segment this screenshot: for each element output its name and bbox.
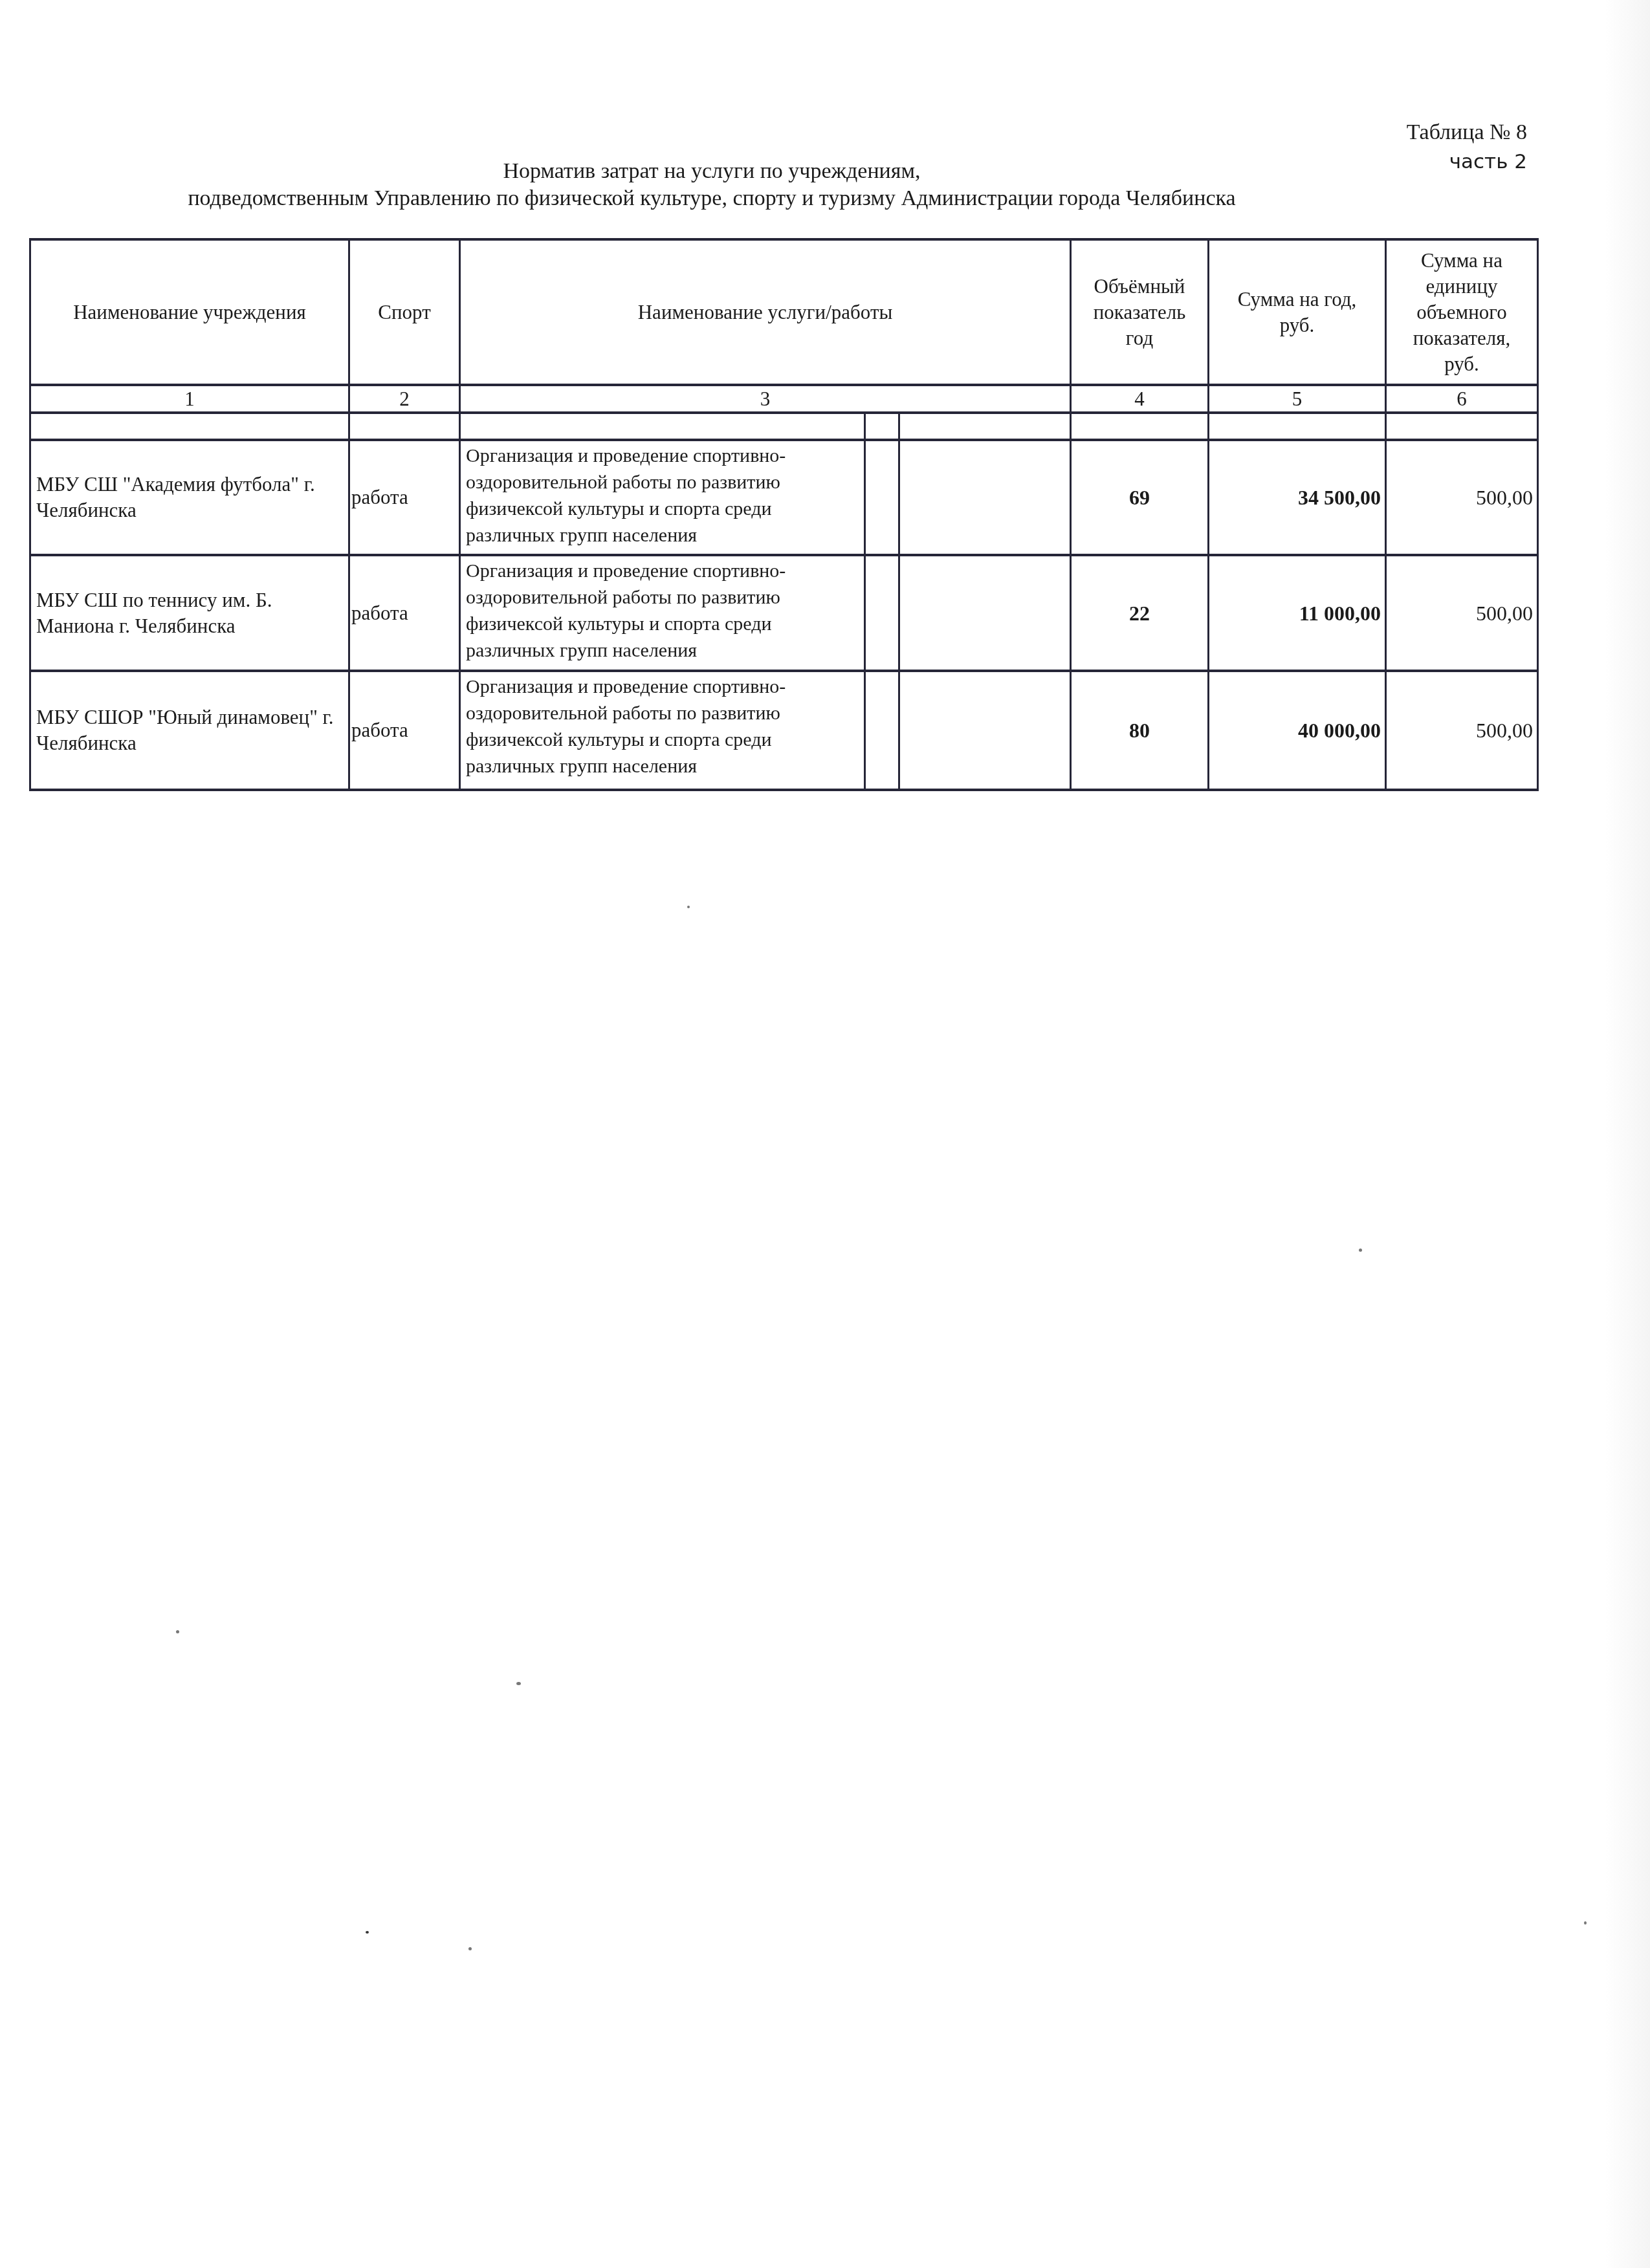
number-row-divider <box>29 411 1539 414</box>
service-cell: Организация и проведение спортивно-оздор… <box>461 441 864 554</box>
scan-speck <box>1584 1921 1587 1925</box>
service-cell: Организация и проведение спортивно-оздор… <box>461 556 864 670</box>
service-cell: Организация и проведение спортивно-оздор… <box>461 672 864 789</box>
column-header-volume: Объёмный показатель год <box>1072 241 1207 384</box>
column-header-sum-unit: Сумма на единицу объемного показателя, р… <box>1387 241 1537 384</box>
sum-year-cell: 40 000,00 <box>1209 672 1385 789</box>
column-header-institution: Наименование учреждения <box>31 241 348 384</box>
column-number: 2 <box>350 386 459 411</box>
scan-speck <box>1359 1248 1362 1252</box>
column-header-sum-year: Сумма на год, руб. <box>1209 241 1385 384</box>
sport-cell: работа <box>350 441 459 554</box>
table-border-bottom <box>29 789 1539 791</box>
institution-cell: МБУ СШ "Академия футбола" г. Челябинска <box>31 441 348 554</box>
column-number: 6 <box>1387 386 1537 411</box>
institution-cell: МБУ СШОР "Юный динамовец" г. Челябинска <box>31 672 348 789</box>
volume-cell: 80 <box>1072 672 1207 789</box>
subcolumn-divider <box>898 413 900 791</box>
sum-unit-cell: 500,00 <box>1387 672 1537 789</box>
table-border-right <box>1537 238 1539 791</box>
column-number: 3 <box>461 386 1070 411</box>
column-number: 4 <box>1072 386 1207 411</box>
sum-year-cell: 34 500,00 <box>1209 441 1385 554</box>
sum-year-cell: 11 000,00 <box>1209 556 1385 670</box>
sport-cell: работа <box>350 556 459 670</box>
column-header-service: Наименование услуги/работы <box>461 241 1070 384</box>
column-number: 1 <box>31 386 348 411</box>
subcolumn-divider <box>864 413 866 791</box>
sport-cell: работа <box>350 672 459 789</box>
column-header-sport: Спорт <box>350 241 459 384</box>
scan-speck <box>468 1947 472 1950</box>
scan-speck <box>516 1682 521 1685</box>
sum-unit-cell: 500,00 <box>1387 441 1537 554</box>
institution-cell: МБУ СШ по теннису им. Б. Маниона г. Челя… <box>31 556 348 670</box>
column-number: 5 <box>1209 386 1385 411</box>
scan-speck <box>176 1630 179 1633</box>
scan-speck <box>687 906 690 908</box>
volume-cell: 69 <box>1072 441 1207 554</box>
cost-norm-table: Наименование учреждения Спорт Наименован… <box>0 0 1650 2268</box>
scan-speck <box>366 1931 369 1934</box>
sum-unit-cell: 500,00 <box>1387 556 1537 670</box>
volume-cell: 22 <box>1072 556 1207 670</box>
